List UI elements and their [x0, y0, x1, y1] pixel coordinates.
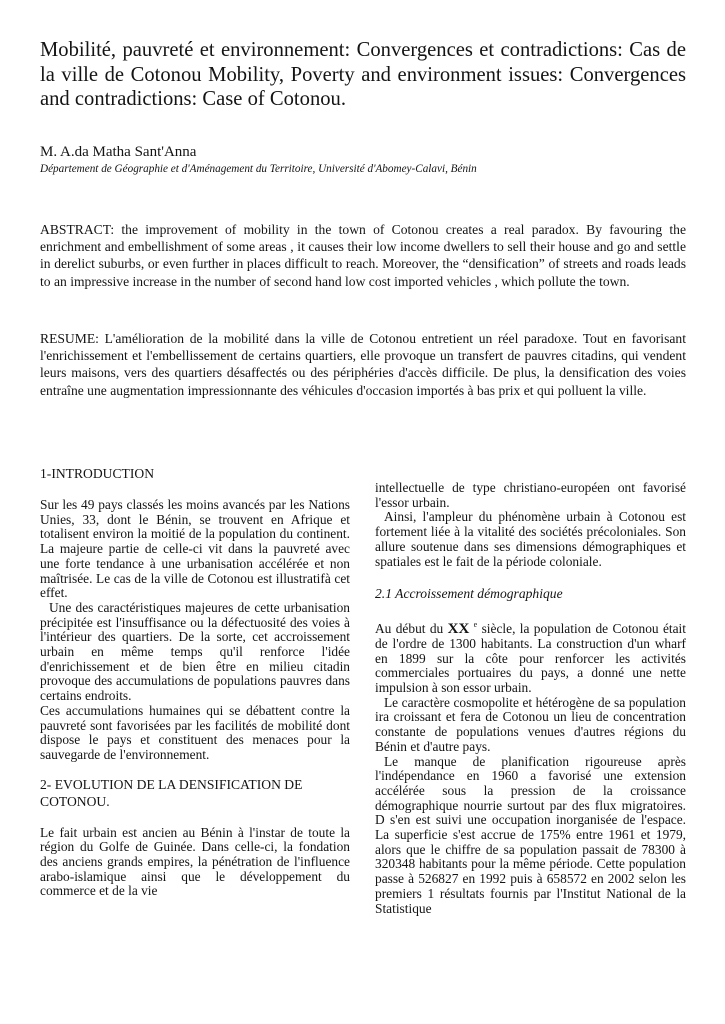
left-column: 1-INTRODUCTION Sur les 49 pays classés l… [40, 465, 350, 899]
author-affiliation: Département de Géographie et d'Aménageme… [40, 162, 477, 176]
section2-paragraph-1-continued: intellectuelle de type christiano-europé… [375, 481, 686, 510]
subsection-heading-demographic-growth: 2.1 Accroissement démographique [375, 585, 686, 602]
intro-paragraph-3: Ces accumulations humaines qui se débatt… [40, 704, 350, 763]
subsection-paragraph-1: Au début du XX e siècle, la population d… [375, 618, 686, 696]
subsection-paragraph-2: Le caractère cosmopolite et hétérogène d… [375, 696, 686, 755]
section-heading-introduction: 1-INTRODUCTION [40, 465, 350, 482]
paper-title: Mobilité, pauvreté et environnement: Con… [40, 38, 686, 112]
section2-paragraph-1: Le fait urbain est ancien au Bénin à l'i… [40, 826, 350, 900]
century-numeral: XX [448, 621, 470, 637]
subsection-paragraph-3: Le manque de planification rigoureuse ap… [375, 755, 686, 917]
author-name: M. A.da Matha Sant'Anna [40, 143, 196, 161]
right-column: intellectuelle de type christiano-europé… [375, 481, 686, 916]
intro-paragraph-2: Une des caractéristiques majeures de cet… [40, 601, 350, 704]
resume-paragraph: RESUME: L'amélioration de la mobilité da… [40, 330, 686, 399]
section2-paragraph-2: Ainsi, l'ampleur du phénomène urbain à C… [375, 510, 686, 569]
abstract-paragraph: ABSTRACT: the improvement of mobility in… [40, 221, 686, 290]
intro-paragraph-1: Sur les 49 pays classés les moins avancé… [40, 498, 350, 601]
section-heading-evolution: 2- EVOLUTION DE LA DENSIFICATION DE COTO… [40, 776, 350, 810]
paragraph-text-start: Au début du [375, 621, 448, 636]
